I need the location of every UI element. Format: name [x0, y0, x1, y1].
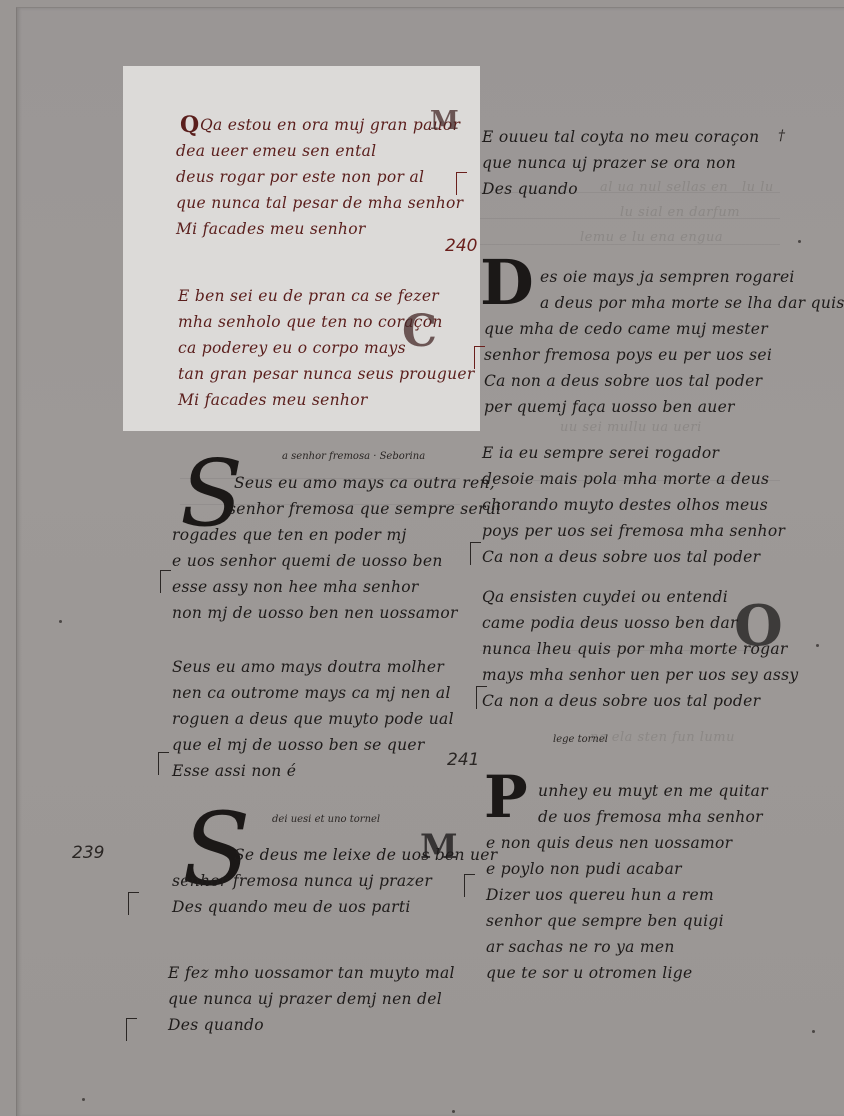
- bleed-through-text: lemu e lu ena engua: [580, 230, 723, 245]
- initial-letter: Q: [180, 114, 199, 136]
- verse-line: Dizer uos quereu hun a rem: [486, 882, 768, 908]
- verse-line: e non quis deus nen uossamor: [486, 830, 768, 856]
- refrain-mark: [476, 686, 487, 709]
- stanza: E ouueu tal coyta no meu coraçon que nun…: [482, 124, 759, 202]
- faded-initial-letter: M: [430, 108, 459, 134]
- verse-line: ar sachas ne ro ya men: [486, 934, 768, 960]
- verse-line: senhor fremosa poys eu per uos sei: [484, 342, 844, 368]
- verse-line: deus rogar por este non por al: [176, 164, 463, 190]
- verse-line: es oie mays ja sempren rogarei: [540, 264, 844, 290]
- verse-line: a deus por mha morte se lha dar quiser: [540, 290, 844, 316]
- verse-line: per quemj faça uosso ben auer: [484, 394, 844, 420]
- speck: [452, 1110, 455, 1113]
- stanza: Qa estou en ora muj gran pauor dea ueer …: [198, 112, 463, 242]
- verse-line: que el mj de uosso ben se quer: [172, 732, 454, 758]
- verse-line: poys per uos sei fremosa mha senhor: [482, 518, 785, 544]
- refrain-mark: [474, 346, 485, 369]
- faded-initial-letter: C: [402, 310, 437, 354]
- marginal-note: dei uesi et uno tornel: [272, 814, 380, 825]
- verse-line: mays mha senhor uen per uos sey assy: [482, 662, 798, 688]
- verse-line: que nunca uj prazer se ora non: [482, 150, 759, 176]
- faded-initial-letter: M: [420, 830, 458, 864]
- verse-line: senhor fremosa nunca uj prazer: [172, 868, 498, 894]
- stanza: Seus eu amo mays doutra molher nen ca ou…: [172, 654, 454, 784]
- verse-line: non mj de uosso ben nen uossamor: [172, 600, 501, 626]
- stanza: es oie mays ja sempren rogarei a deus po…: [484, 264, 844, 420]
- bleed-through-text: na ela sten fun lumu: [590, 730, 735, 745]
- verse-line: esse assy non hee mha senhor: [172, 574, 501, 600]
- stanza: E ia eu sempre serei rogador desoie mais…: [482, 440, 785, 570]
- folio-number-239: 239: [72, 843, 104, 863]
- verse-line: Mi facades meu senhor: [176, 216, 463, 242]
- verse-line: e uos senhor quemi de uosso ben: [172, 548, 501, 574]
- verse-line: Qa estou en ora muj gran pauor: [200, 112, 463, 138]
- refrain-mark: [160, 570, 171, 593]
- refrain-mark: [126, 1018, 137, 1041]
- verse-line: Des quando meu de uos parti: [172, 894, 498, 920]
- marginal-note: a senhor fremosa · Seborina: [282, 451, 425, 462]
- margin-mark: †: [778, 128, 785, 144]
- verse-line: que nunca tal pesar de mha senhor: [176, 190, 463, 216]
- refrain-mark: [470, 542, 481, 565]
- verse-line: Des quando: [482, 176, 759, 202]
- stanza: E fez mho uossamor tan muyto mal que nun…: [168, 960, 455, 1038]
- verse-line: E ouueu tal coyta no meu coraçon: [482, 124, 759, 150]
- refrain-mark: [464, 874, 475, 897]
- verse-line: senhor fremosa que sempre serui: [228, 496, 501, 522]
- verse-line: rogades que ten en poder mj: [172, 522, 501, 548]
- verse-line: tan gran pesar nunca seus prouguer: [178, 361, 475, 387]
- marginal-note: lege tornel: [553, 734, 608, 745]
- stanza: Seus eu amo mays ca outra ren, senhor fr…: [172, 470, 501, 626]
- stanza: unhey eu muyt en me quitar de uos fremos…: [486, 778, 768, 986]
- speck: [798, 240, 801, 243]
- verse-line: que te sor u otromen lige: [486, 960, 768, 986]
- verse-line: Esse assi non é: [172, 758, 454, 784]
- speck: [812, 1030, 815, 1033]
- verse-line: Se deus me leixe de uos ben uer: [234, 842, 498, 868]
- verse-line: Des quando: [168, 1012, 455, 1038]
- verse-line: Seus eu amo mays doutra molher: [172, 654, 454, 680]
- verse-line: e poylo non pudi acabar: [486, 856, 768, 882]
- speck: [816, 644, 819, 647]
- refrain-mark: [456, 172, 467, 195]
- speck: [59, 620, 62, 623]
- verse-line: de uos fremosa mha senhor: [538, 804, 768, 830]
- verse-line: dea ueer emeu sen ental: [176, 138, 463, 164]
- verse-line: que mha de cedo came muj mester: [484, 316, 844, 342]
- verse-line: nen ca outrome mays ca mj nen al: [172, 680, 454, 706]
- verse-line: Ca non a deus sobre uos tal poder: [484, 368, 844, 394]
- verse-line: Ca non a deus sobre uos tal poder: [482, 544, 785, 570]
- verse-line: chorando muyto destes olhos meus: [482, 492, 785, 518]
- faded-initial-letter: O: [734, 598, 783, 654]
- manuscript-viewport: al ua nul sellas en lu lu lu sial en dar…: [0, 0, 844, 1116]
- verse-line: Mi facades meu senhor: [178, 387, 475, 413]
- refrain-mark: [128, 892, 139, 915]
- verse-line: Seus eu amo mays ca outra ren,: [234, 470, 501, 496]
- verse-line: Ca non a deus sobre uos tal poder: [482, 688, 798, 714]
- verse-line: desoie mais pola mha morte a deus: [482, 466, 785, 492]
- verse-line: unhey eu muyt en me quitar: [538, 778, 768, 804]
- verse-line: senhor que sempre ben quigi: [486, 908, 768, 934]
- verse-line: roguen a deus que muyto pode ual: [172, 706, 454, 732]
- refrain-mark: [158, 752, 169, 775]
- verse-line: E fez mho uossamor tan muyto mal: [168, 960, 455, 986]
- speck: [82, 1098, 85, 1101]
- verse-line: que nunca uj prazer demj nen del: [168, 986, 455, 1012]
- bleed-through-text: lu sial en darfum: [620, 205, 740, 220]
- verse-line: E ia eu sempre serei rogador: [482, 440, 785, 466]
- bleed-through-text: uu sei mullu ua ueri: [560, 420, 702, 435]
